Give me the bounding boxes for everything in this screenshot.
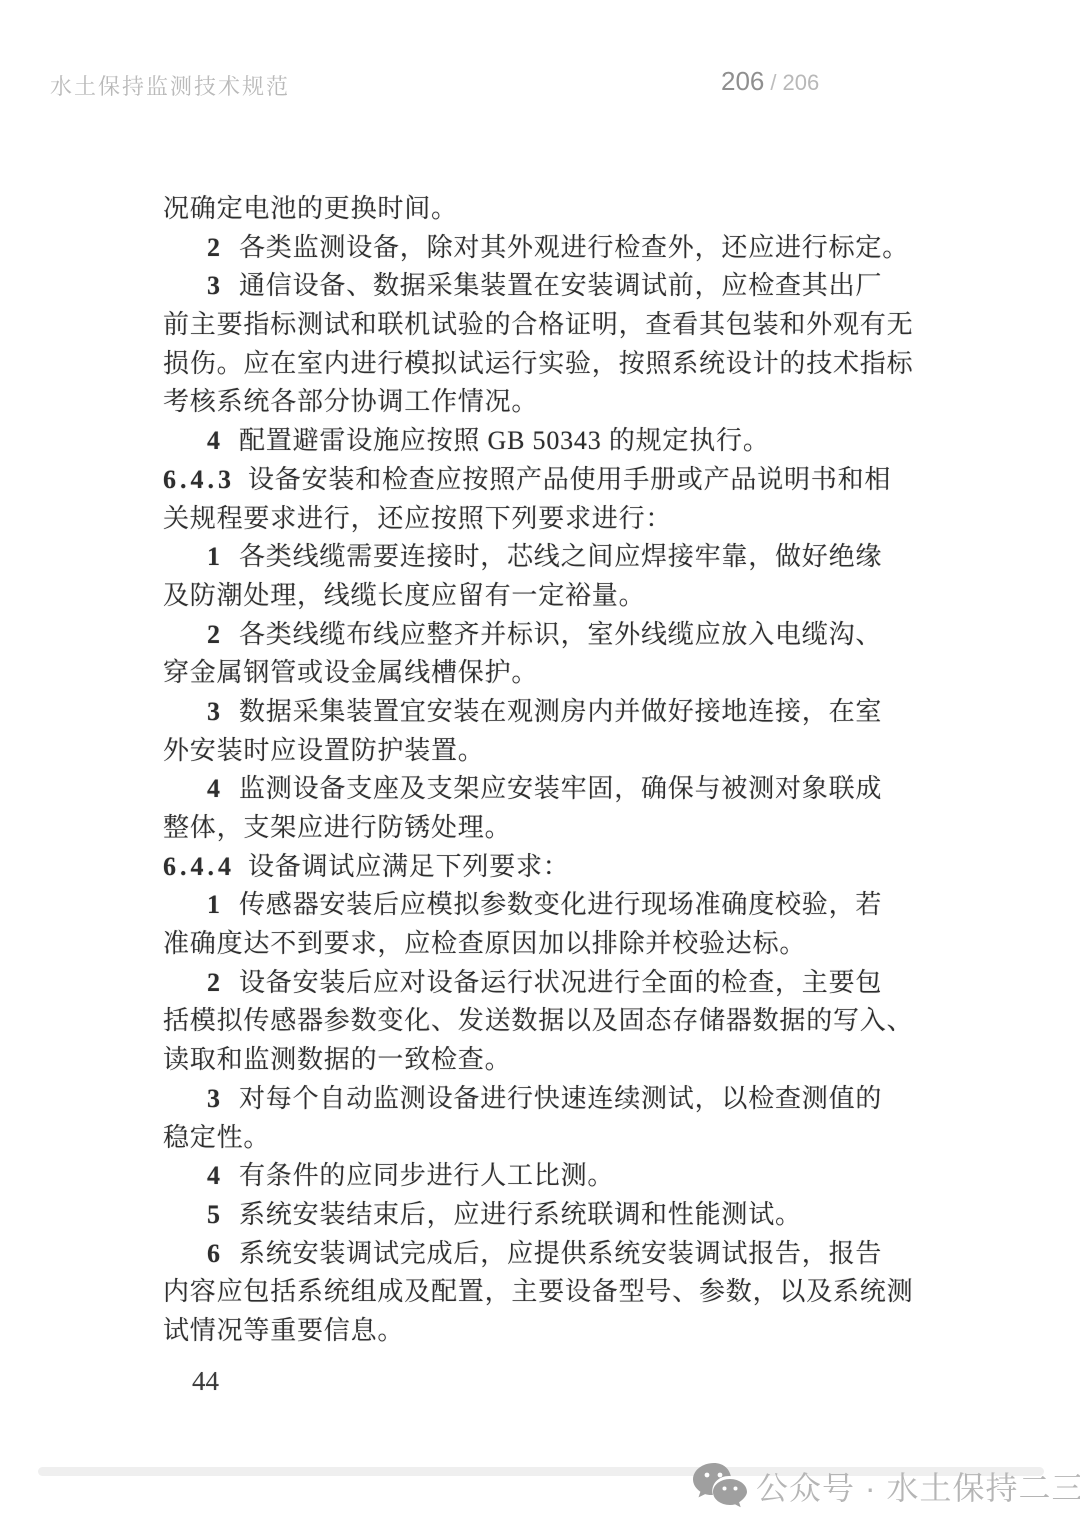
text-line: 2各类线缆布线应整齐并标识，室外线缆应放入电缆沟、 bbox=[163, 616, 923, 655]
document-text-block: 况确定电池的更换时间。2各类监测设备，除对其外观进行检查外，还应进行标定。3通信… bbox=[163, 190, 923, 1351]
text-line: 况确定电池的更换时间。 bbox=[163, 190, 923, 229]
line-text: 设备安装和检查应按照产品使用手册或产品说明书和相 bbox=[248, 465, 891, 494]
line-text: 系统安装结束后，应进行系统联调和性能测试。 bbox=[239, 1200, 802, 1229]
line-text: 穿金属钢管或设金属线槽保护。 bbox=[163, 658, 538, 687]
item-number: 3 bbox=[207, 1084, 222, 1113]
line-text: 稳定性。 bbox=[163, 1123, 270, 1152]
text-line: 括模拟传感器参数变化、发送数据以及固态存储器数据的写入、 bbox=[163, 1002, 923, 1041]
text-line: 前主要指标测试和联机试验的合格证明，查看其包装和外观有无 bbox=[163, 306, 923, 345]
item-number: 3 bbox=[207, 697, 222, 726]
footer-watermark: 公众号 · 水土保持二三 bbox=[690, 1456, 1080, 1516]
item-number: 6 bbox=[207, 1239, 222, 1268]
line-text: 准确度达不到要求，应检查原因加以排除并校验达标。 bbox=[163, 929, 806, 958]
line-text: 各类线缆布线应整齐并标识，室外线缆应放入电缆沟、 bbox=[239, 620, 882, 649]
text-line: 损伤。应在室内进行模拟试运行实验，按照系统设计的技术指标 bbox=[163, 345, 923, 384]
text-line: 4监测设备支座及支架应安装牢固，确保与被测对象联成 bbox=[163, 770, 923, 809]
text-line: 准确度达不到要求，应检查原因加以排除并校验达标。 bbox=[163, 925, 923, 964]
text-line: 试情况等重要信息。 bbox=[163, 1312, 923, 1351]
text-line: 3对每个自动监测设备进行快速连续测试，以检查测值的 bbox=[163, 1080, 923, 1119]
line-text: 各类监测设备，除对其外观进行检查外，还应进行标定。 bbox=[239, 233, 909, 262]
item-number: 1 bbox=[207, 890, 222, 919]
text-line: 稳定性。 bbox=[163, 1119, 923, 1158]
text-line: 4配置避雷设施应按照 GB 50343 的规定执行。 bbox=[163, 422, 923, 461]
line-text: 损伤。应在室内进行模拟试运行实验，按照系统设计的技术指标 bbox=[163, 349, 913, 378]
line-text: 通信设备、数据采集装置在安装调试前，应检查其出厂 bbox=[239, 271, 882, 300]
text-line: 整体，支架应进行防锈处理。 bbox=[163, 809, 923, 848]
line-text: 设备调试应满足下列要求： bbox=[248, 852, 570, 881]
text-line: 3数据采集装置宜安装在观测房内并做好接地连接，在室 bbox=[163, 693, 923, 732]
line-text: 试情况等重要信息。 bbox=[163, 1316, 404, 1345]
text-line: 2设备安装后应对设备运行状况进行全面的检查，主要包 bbox=[163, 964, 923, 1003]
item-number: 2 bbox=[207, 620, 222, 649]
text-line: 5系统安装结束后，应进行系统联调和性能测试。 bbox=[163, 1196, 923, 1235]
page-total: 206 bbox=[783, 70, 820, 95]
section-heading-line: 6.4.3设备安装和检查应按照产品使用手册或产品说明书和相 bbox=[163, 461, 923, 500]
line-text: 外安装时应设置防护装置。 bbox=[163, 736, 485, 765]
section-number: 6.4.4 bbox=[163, 852, 235, 881]
line-text: 传感器安装后应模拟参数变化进行现场准确度校验，若 bbox=[239, 890, 882, 919]
item-number: 4 bbox=[207, 1161, 222, 1190]
text-line: 3通信设备、数据采集装置在安装调试前，应检查其出厂 bbox=[163, 267, 923, 306]
line-text: 数据采集装置宜安装在观测房内并做好接地连接，在室 bbox=[239, 697, 882, 726]
text-line: 2各类监测设备，除对其外观进行检查外，还应进行标定。 bbox=[163, 229, 923, 268]
section-heading-line: 6.4.4设备调试应满足下列要求： bbox=[163, 848, 923, 887]
line-text: 关规程要求进行，还应按照下列要求进行： bbox=[163, 504, 672, 533]
line-text: 设备安装后应对设备运行状况进行全面的检查，主要包 bbox=[239, 968, 882, 997]
item-number: 3 bbox=[207, 271, 222, 300]
section-number: 6.4.3 bbox=[163, 465, 235, 494]
line-text: 各类线缆需要连接时，芯线之间应焊接牢靠，做好绝缘 bbox=[239, 542, 882, 571]
line-text: 对每个自动监测设备进行快速连续测试，以检查测值的 bbox=[239, 1084, 882, 1113]
item-number: 4 bbox=[207, 774, 222, 803]
line-text: 及防潮处理，线缆长度应留有一定裕量。 bbox=[163, 581, 645, 610]
line-text: 考核系统各部分协调工作情况。 bbox=[163, 387, 538, 416]
line-text: 前主要指标测试和联机试验的合格证明，查看其包装和外观有无 bbox=[163, 310, 913, 339]
text-line: 1各类线缆需要连接时，芯线之间应焊接牢靠，做好绝缘 bbox=[163, 538, 923, 577]
page-indicator: 206/206 bbox=[721, 66, 819, 97]
page-current: 206 bbox=[721, 66, 764, 96]
item-number: 4 bbox=[207, 426, 222, 455]
text-line: 考核系统各部分协调工作情况。 bbox=[163, 383, 923, 422]
line-text: 有条件的应同步进行人工比测。 bbox=[239, 1161, 614, 1190]
text-line: 内容应包括系统组成及配置，主要设备型号、参数，以及系统测 bbox=[163, 1273, 923, 1312]
item-number: 5 bbox=[207, 1200, 222, 1229]
page-separator: / bbox=[770, 70, 776, 95]
text-line: 穿金属钢管或设金属线槽保护。 bbox=[163, 654, 923, 693]
text-line: 4有条件的应同步进行人工比测。 bbox=[163, 1157, 923, 1196]
text-line: 关规程要求进行，还应按照下列要求进行： bbox=[163, 500, 923, 539]
text-line: 1传感器安装后应模拟参数变化进行现场准确度校验，若 bbox=[163, 886, 923, 925]
line-text: 整体，支架应进行防锈处理。 bbox=[163, 813, 511, 842]
item-number: 2 bbox=[207, 968, 222, 997]
viewer-header: 水土保持监测技术规范 206/206 bbox=[0, 0, 1080, 120]
wechat-icon bbox=[690, 1461, 752, 1511]
watermark-text: 公众号 · 水土保持二三 bbox=[756, 1463, 1080, 1509]
printed-page-number: 44 bbox=[192, 1366, 219, 1397]
line-text: 内容应包括系统组成及配置，主要设备型号、参数，以及系统测 bbox=[163, 1277, 913, 1306]
text-line: 外安装时应设置防护装置。 bbox=[163, 732, 923, 771]
line-text: 配置避雷设施应按照 GB 50343 的规定执行。 bbox=[239, 426, 770, 455]
item-number: 2 bbox=[207, 233, 222, 262]
item-number: 1 bbox=[207, 542, 222, 571]
line-text: 括模拟传感器参数变化、发送数据以及固态存储器数据的写入、 bbox=[163, 1006, 913, 1035]
line-text: 读取和监测数据的一致检查。 bbox=[163, 1045, 511, 1074]
text-line: 读取和监测数据的一致检查。 bbox=[163, 1041, 923, 1080]
line-text: 系统安装调试完成后，应提供系统安装调试报告，报告 bbox=[239, 1239, 882, 1268]
text-line: 6系统安装调试完成后，应提供系统安装调试报告，报告 bbox=[163, 1235, 923, 1274]
text-line: 及防潮处理，线缆长度应留有一定裕量。 bbox=[163, 577, 923, 616]
line-text: 监测设备支座及支架应安装牢固，确保与被测对象联成 bbox=[239, 774, 882, 803]
doc-title: 水土保持监测技术规范 bbox=[50, 70, 290, 101]
line-text: 况确定电池的更换时间。 bbox=[163, 194, 458, 223]
